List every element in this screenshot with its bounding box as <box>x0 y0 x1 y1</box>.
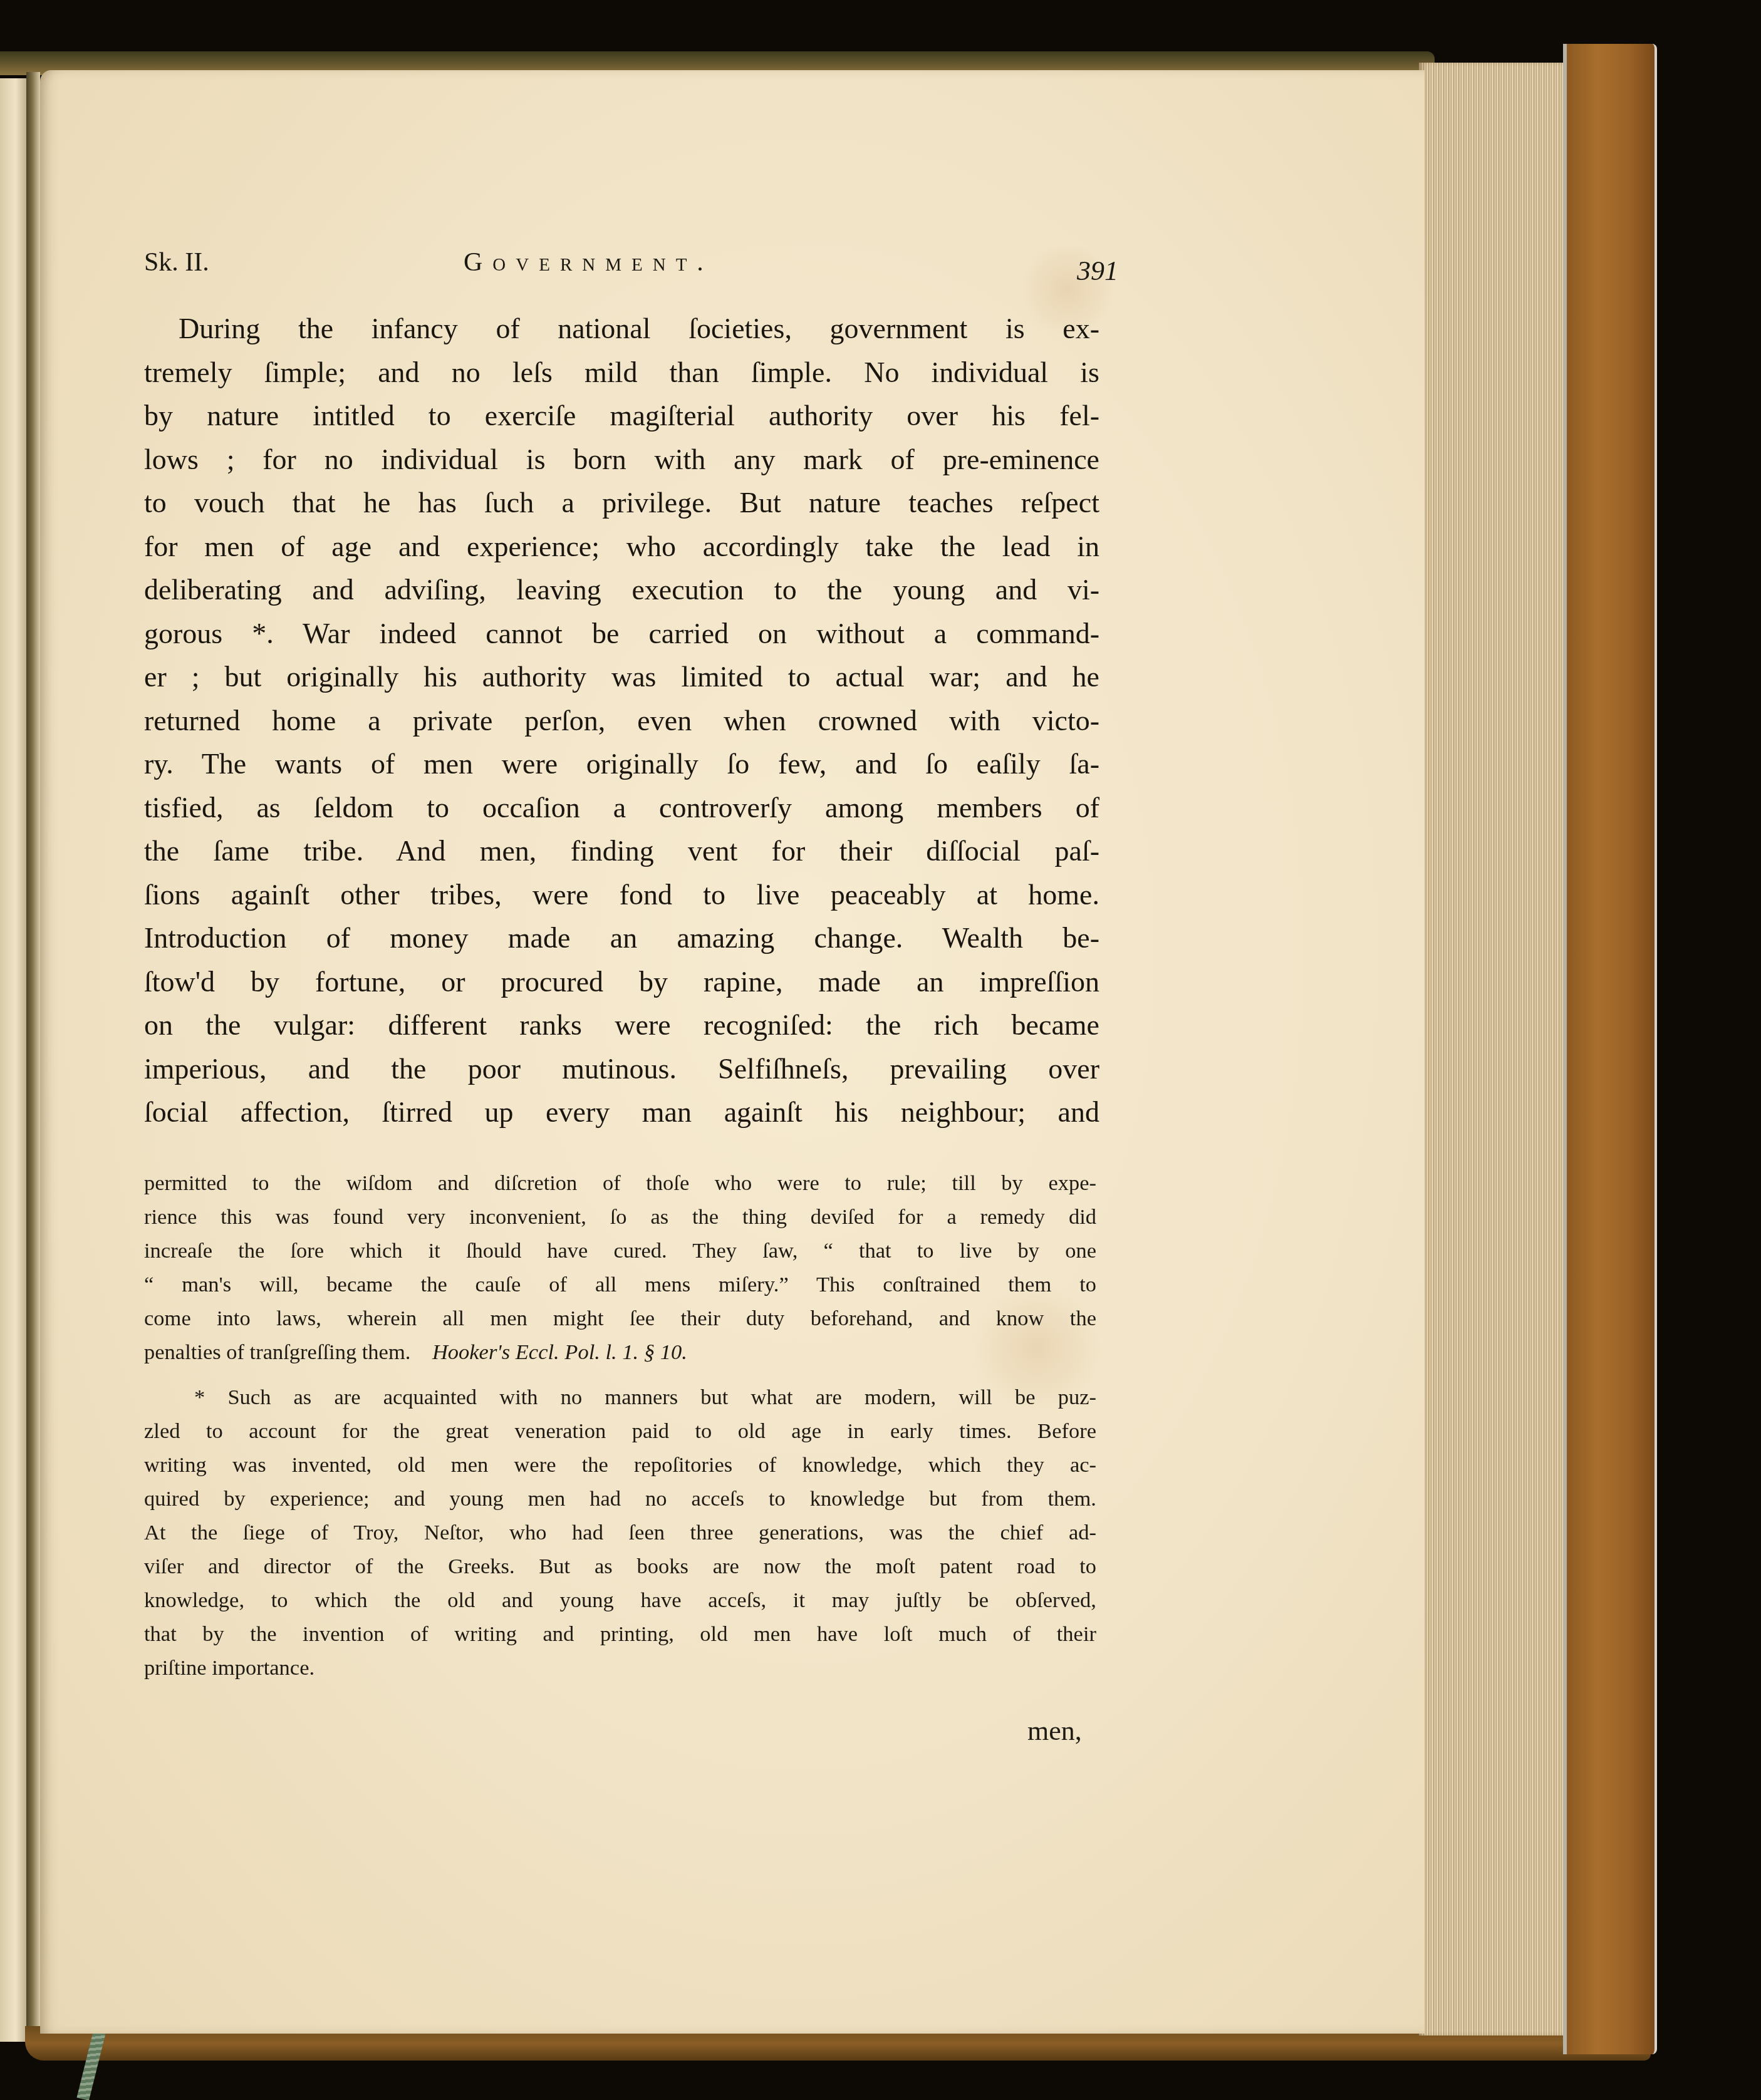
page-number: 391 <box>1077 255 1118 287</box>
footnote-star: * Such as are acquainted with no manners… <box>144 1380 1096 1685</box>
footnote-line: knowledge, to which the old and young ha… <box>144 1583 1096 1617</box>
footnote-line: priſtine importance. <box>144 1651 1096 1685</box>
footnote-line: “ man's will, became the cauſe of all me… <box>144 1268 1096 1301</box>
footnote-line: At the ſiege of Troy, Neſtor, who had ſe… <box>144 1516 1096 1549</box>
footnote-line: writing was invented, old men were the r… <box>144 1448 1096 1482</box>
footnote-line: viſer and director of the Greeks. But as… <box>144 1549 1096 1583</box>
running-title: Government. <box>464 247 714 277</box>
body-line: tisfied, as ſeldom to occaſion a controv… <box>144 786 1099 830</box>
body-line: Introduction of money made an amazing ch… <box>144 916 1099 960</box>
body-line: tremely ſimple; and no leſs mild than ſi… <box>144 351 1099 395</box>
body-line: gorous *. War indeed cannot be carried o… <box>144 612 1099 656</box>
body-line: ſtow'd by fortune, or procured by rapine… <box>144 960 1099 1004</box>
body-line: ry. The wants of men were originally ſo … <box>144 742 1099 786</box>
footnote-line: penalties of tranſgreſſing them. Hooker'… <box>144 1335 1096 1369</box>
footnote-line: zled to account for the great veneration… <box>144 1414 1096 1448</box>
footnotes: permitted to the wiſdom and diſcretion o… <box>144 1166 1096 1685</box>
footnote-line: increaſe the ſore which it ſhould have c… <box>144 1234 1096 1268</box>
catchword: men, <box>1027 1715 1082 1747</box>
body-line: to vouch that he has ſuch a privilege. B… <box>144 481 1099 525</box>
body-text: During the infancy of national ſocieties… <box>144 307 1099 1134</box>
footnote-line: rience this was found very inconvenient,… <box>144 1200 1096 1234</box>
body-line: by nature intitled to exerciſe magiſteri… <box>144 394 1099 438</box>
body-line: er ; but originally his authority was li… <box>144 655 1099 699</box>
footnote-line: that by the invention of writing and pri… <box>144 1617 1096 1651</box>
body-line: the ſame tribe. And men, finding vent fo… <box>144 829 1099 873</box>
leather-cover-board <box>1563 44 1657 2054</box>
footnote-line: * Such as are acquainted with no manners… <box>144 1380 1096 1414</box>
body-line: imperious, and the poor mutinous. Selfiſ… <box>144 1047 1099 1091</box>
body-line: deliberating and adviſing, leaving execu… <box>144 568 1099 612</box>
body-line: lows ; for no individual is born with an… <box>144 438 1099 482</box>
section-marker: Sk. II. <box>144 247 209 277</box>
body-line: for men of age and experience; who accor… <box>144 525 1099 569</box>
footnote-continued: permitted to the wiſdom and diſcretion o… <box>144 1166 1096 1369</box>
body-line: on the vulgar: different ranks were reco… <box>144 1003 1099 1047</box>
footnote-text: penalties of tranſgreſſing them. <box>144 1340 410 1364</box>
footnote-line: come into laws, wherein all men might ſe… <box>144 1301 1096 1335</box>
page-edge-stack <box>1419 63 1563 2035</box>
footnote-line: quired by experience; and young men had … <box>144 1482 1096 1516</box>
body-line: ſocial affection, ſtirred up every man a… <box>144 1090 1099 1134</box>
body-line: returned home a private perſon, even whe… <box>144 699 1099 743</box>
footnote-line: permitted to the wiſdom and diſcretion o… <box>144 1166 1096 1200</box>
footnote-citation: Hooker's Eccl. Pol. l. 1. § 10. <box>432 1340 687 1364</box>
running-head: Sk. II. Government. 391 <box>144 247 1103 291</box>
body-line: ſions againſt other tribes, were fond to… <box>144 873 1099 917</box>
gutter-shadow <box>26 72 40 2045</box>
facing-page-edge <box>0 78 26 2042</box>
body-line: During the infancy of national ſocieties… <box>144 307 1099 351</box>
